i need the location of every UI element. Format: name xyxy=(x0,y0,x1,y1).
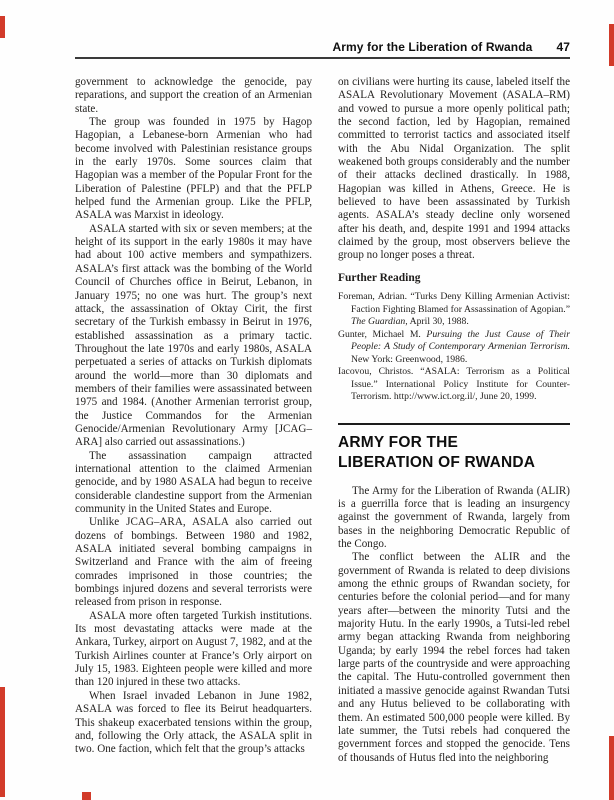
body-paragraph: Unlike JCAG–ARA, ASALA also carried out … xyxy=(75,516,312,609)
citation: Gunter, Michael M. Pursuing the Just Cau… xyxy=(338,329,570,367)
body-paragraph: The conflict between the ALIR and the go… xyxy=(338,551,570,765)
scan-edge-artifact xyxy=(82,792,91,800)
left-column: government to acknowledge the genocide, … xyxy=(75,76,312,757)
body-paragraph: on civilians were hurting its cause, lab… xyxy=(338,76,570,263)
citation-text: Gunter, Michael M. xyxy=(338,329,426,340)
citation-text: Iacovou, Christos. “ASALA: Terrorism as … xyxy=(338,366,570,402)
body-paragraph: The assassination campaign attracted int… xyxy=(75,450,312,517)
running-header-title: Army for the Liberation of Rwanda xyxy=(332,40,532,54)
body-paragraph: When Israel invaded Lebanon in June 1982… xyxy=(75,690,312,757)
further-reading-heading: Further Reading xyxy=(338,272,570,285)
right-column-intro: on civilians were hurting its cause, lab… xyxy=(338,76,570,263)
scan-edge-artifact xyxy=(609,736,614,800)
section-heading-line1: ARMY FOR THE xyxy=(338,433,570,453)
right-column: on civilians were hurting its cause, lab… xyxy=(338,76,570,765)
body-paragraph: ASALA started with six or seven members;… xyxy=(75,223,312,450)
citation-title: The Guardian xyxy=(351,316,405,327)
section-body: The Army for the Liberation of Rwanda (A… xyxy=(338,485,570,765)
body-paragraph: government to acknowledge the genocide, … xyxy=(75,76,312,116)
running-header: Army for the Liberation of Rwanda 47 xyxy=(75,40,570,54)
citation-list: Foreman, Adrian. “Turks Deny Killing Arm… xyxy=(338,291,570,404)
section-heading-line2: LIBERATION OF RWANDA xyxy=(338,453,570,473)
section-divider-rule xyxy=(338,423,570,425)
body-paragraph: ASALA more often targeted Turkish instit… xyxy=(75,610,312,690)
citation-text: , April 30, 1988. xyxy=(405,316,469,327)
citation-text: Foreman, Adrian. “Turks Deny Killing Arm… xyxy=(338,291,570,315)
citation: Iacovou, Christos. “ASALA: Terrorism as … xyxy=(338,366,570,404)
citation: Foreman, Adrian. “Turks Deny Killing Arm… xyxy=(338,291,570,329)
scan-edge-artifact xyxy=(609,24,614,66)
header-rule xyxy=(75,57,570,59)
citation-text: New York: Greenwood, 1986. xyxy=(351,354,467,365)
scan-edge-artifact xyxy=(0,687,5,797)
page-number: 47 xyxy=(556,40,570,54)
section-heading: ARMY FOR THE LIBERATION OF RWANDA xyxy=(338,433,570,473)
body-paragraph: The group was founded in 1975 by Hagop H… xyxy=(75,116,312,223)
scan-edge-artifact xyxy=(0,16,5,38)
book-page: Army for the Liberation of Rwanda 47 gov… xyxy=(0,0,614,800)
body-paragraph: The Army for the Liberation of Rwanda (A… xyxy=(338,485,570,552)
